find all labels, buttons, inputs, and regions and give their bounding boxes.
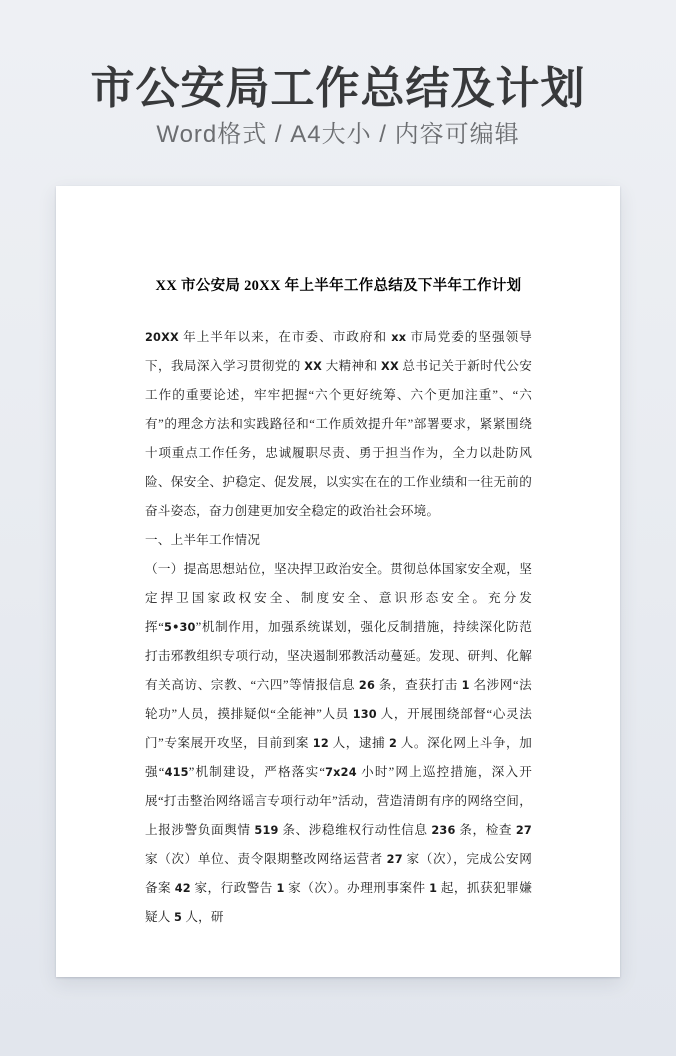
page-background: 市公安局工作总结及计划 Word格式 / A4大小 / 内容可编辑 XX 市公安… [0,0,676,1056]
document-paragraph: 20XX 年上半年以来，在市委、市政府和 xx 市局党委的坚强领导下，我局深入学… [145,323,532,526]
document-section-heading: 一、上半年工作情况 [145,526,532,555]
document-body: 20XX 年上半年以来，在市委、市政府和 xx 市局党委的坚强领导下，我局深入学… [145,323,532,932]
header: 市公安局工作总结及计划 Word格式 / A4大小 / 内容可编辑 [0,0,676,151]
document-paragraph: （一）提高思想站位，坚决捍卫政治安全。贯彻总体国家安全观，坚定捍卫国家政权安全、… [145,555,532,932]
page-title: 市公安局工作总结及计划 [0,63,676,115]
page-subtitle: Word格式 / A4大小 / 内容可编辑 [0,119,676,151]
document-page: XX 市公安局 20XX 年上半年工作总结及下半年工作计划 20XX 年上半年以… [56,186,620,977]
document-title: XX 市公安局 20XX 年上半年工作总结及下半年工作计划 [145,276,532,296]
